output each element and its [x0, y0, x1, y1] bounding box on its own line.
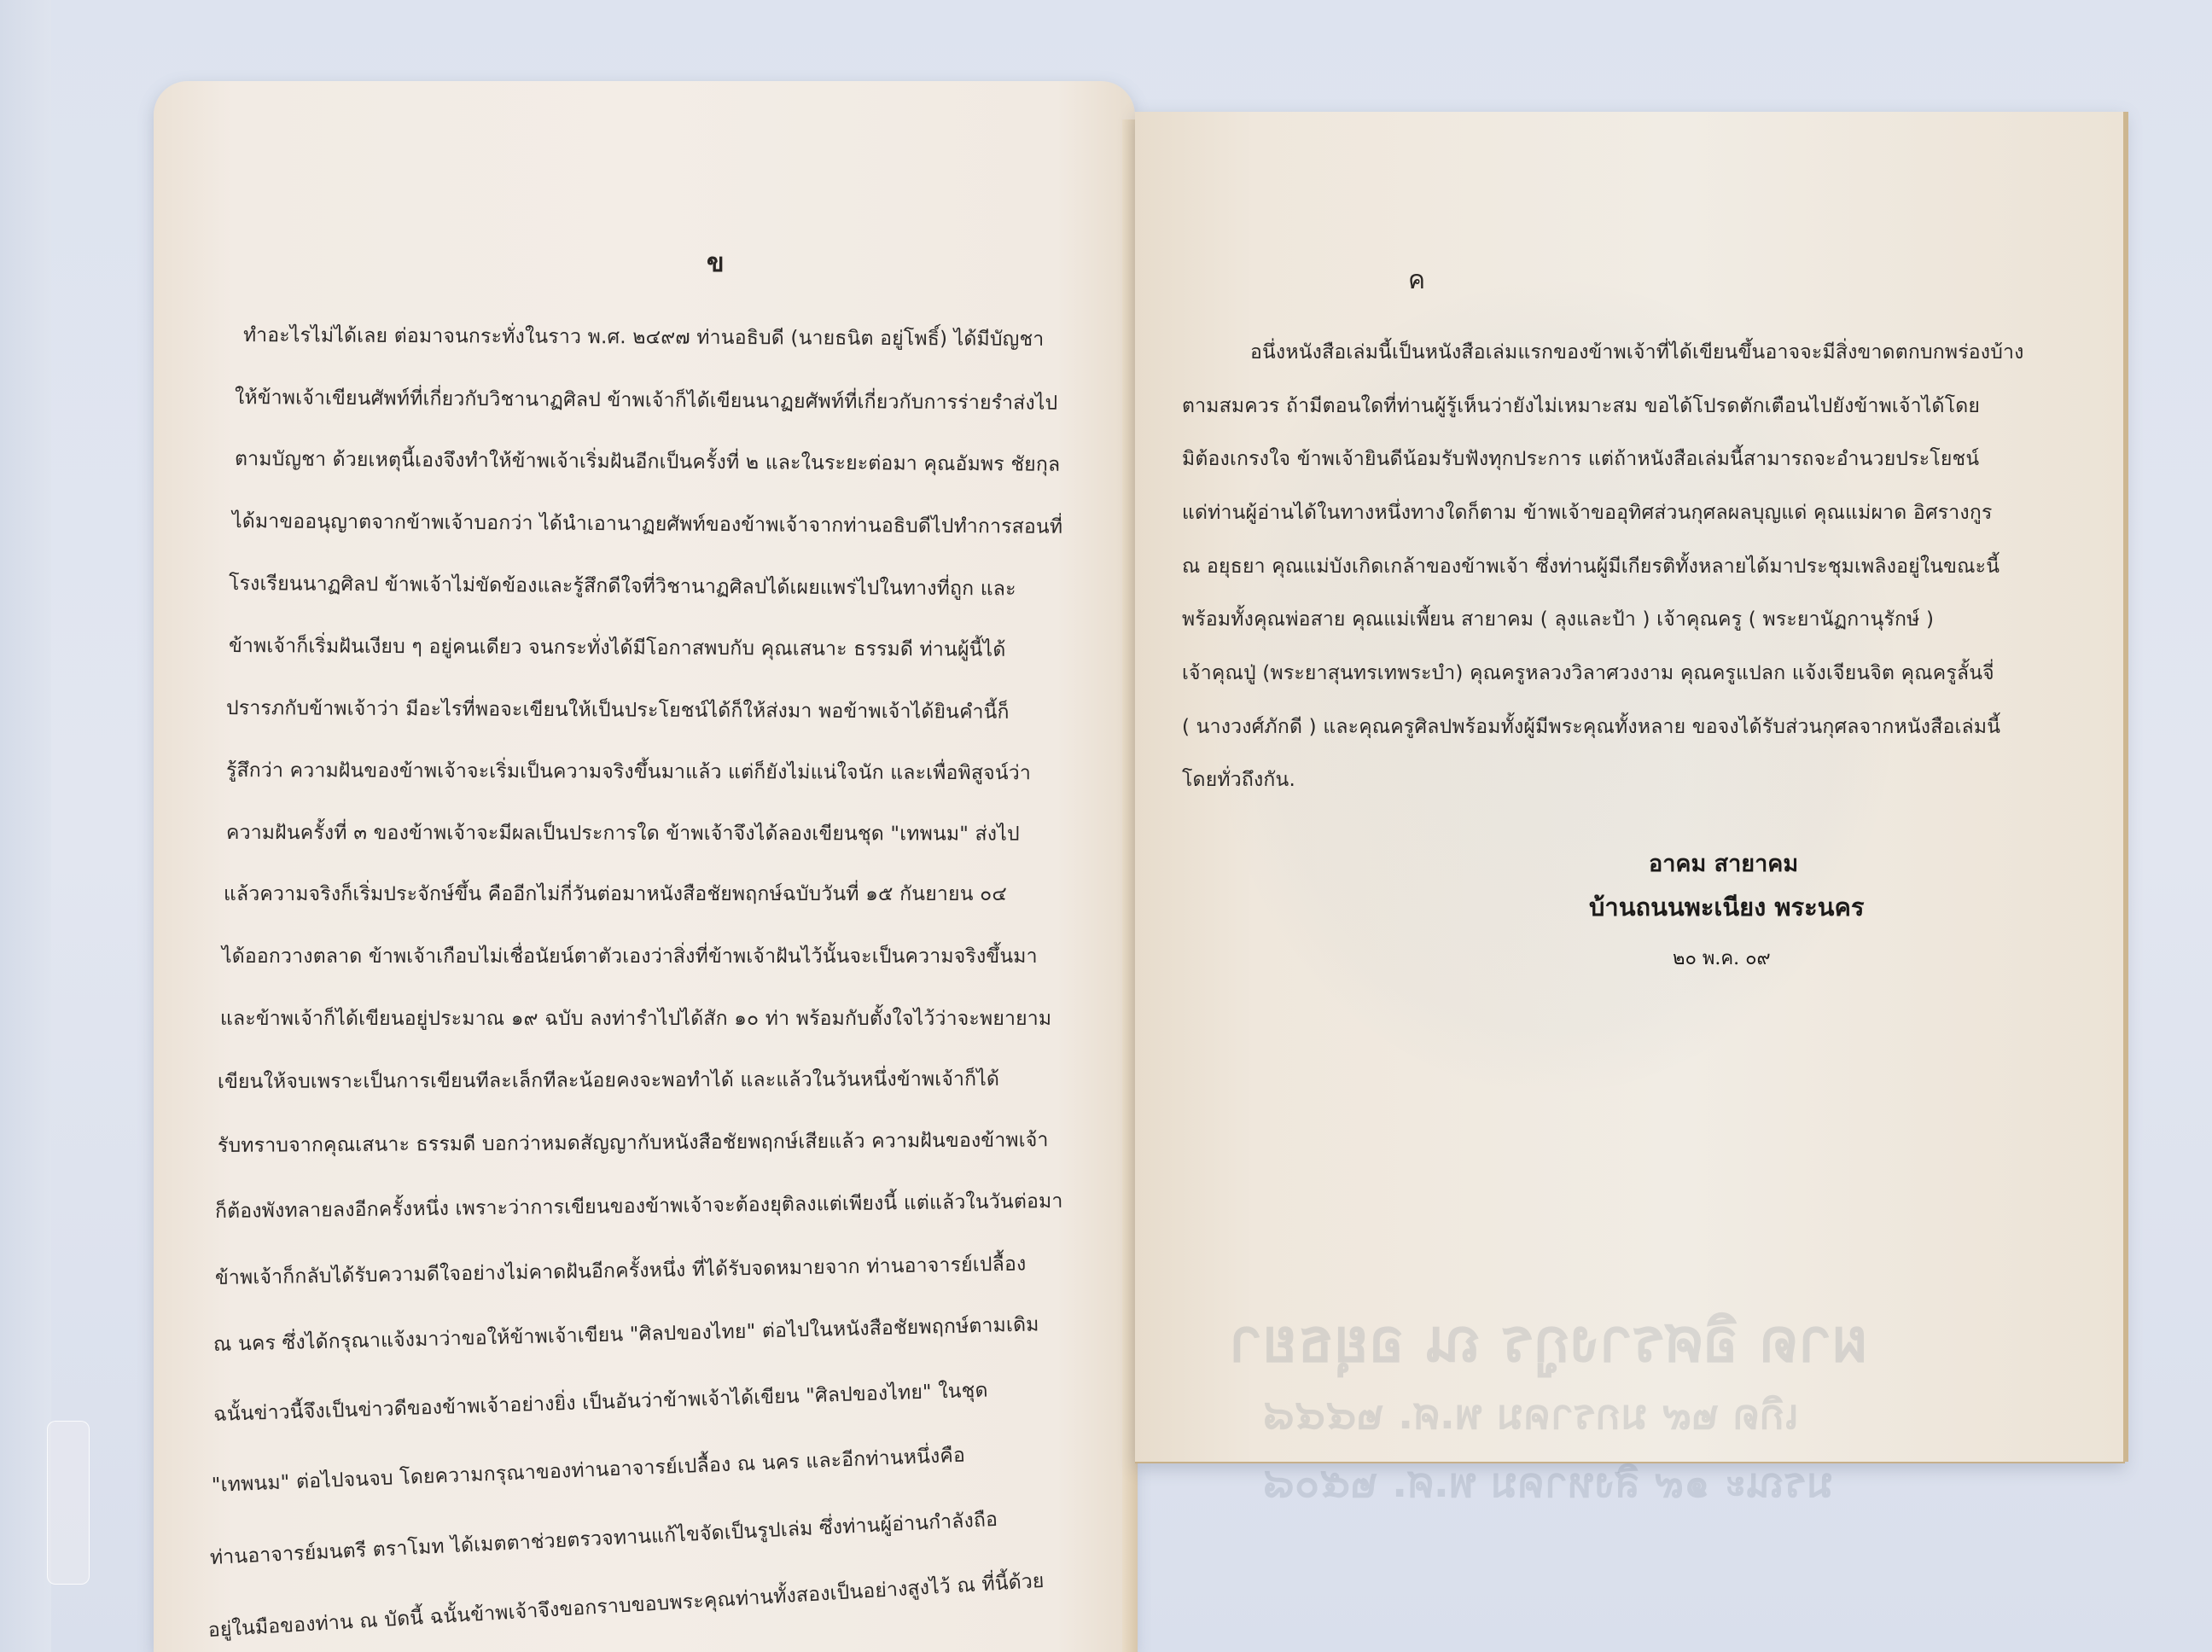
text-line: ทำอะไรไม่ได้เลย ต่อมาจนกระทั่งในราว พ.ศ.… [243, 320, 1045, 355]
text-line: รู้สึกว่า ความฝันของข้าพเจ้าจะเริ่มเป็นค… [226, 755, 1031, 788]
bleed-through-line: มรณะ ๑๙ สิงหาคม พ.ศ. ๒๕๐๘ [1263, 1451, 1833, 1515]
tape-strip [47, 1421, 90, 1585]
text-line: อนึ่งหนังสือเล่มนี้เป็นหนังสือเล่มแรกของ… [1250, 337, 2024, 368]
text-line: เขียนให้จบเพราะเป็นการเขียนทีละเล็กทีละน… [218, 1064, 999, 1097]
text-line: ณ อยุธยา คุณแม่บังเกิดเกล้าของข้าพเจ้า ซ… [1182, 551, 2000, 582]
text-line: โดยทั่วถึงกัน. [1182, 765, 1295, 795]
text-line: รับทราบจากคุณเสนาะ ธรรมดี บอกว่าหมดสัญญา… [218, 1125, 1049, 1161]
text-line: ปรารภกับข้าพเจ้าว่า มีอะไรที่พอจะเขียนให… [226, 693, 1010, 728]
text-line: ตามบัญชา ด้วยเหตุนี้เองจึงทำให้ข้าพเจ้าเ… [235, 444, 1061, 480]
bleed-through-line: ผาด อิศรางกูร ณ อยุธยา [1229, 1293, 1866, 1387]
background-surface [0, 0, 51, 1652]
text-line: ตามสมควร ถ้ามีตอนใดที่ท่านผู้รู้เห็นว่าย… [1182, 391, 1980, 422]
text-line: พร้อมทั้งคุณพ่อสาย คุณแม่เพี้ยน สายาคม (… [1182, 604, 1934, 635]
text-line: ให้ข้าพเจ้าเขียนศัพท์ที่เกี่ยวกับวิชานาฏ… [235, 382, 1058, 419]
text-line: ได้ออกวางตลาด ข้าพเจ้าเกือบไม่เชื่อนัยน์… [222, 941, 1038, 972]
text-line: มิต้องเกรงใจ ข้าพเจ้ายินดีน้อมรับฟังทุกป… [1182, 444, 1979, 474]
text-line: ได้มาขออนุญาตจากข้าพเจ้าบอกว่า ได้นำเอาน… [232, 506, 1062, 543]
text-line: โรงเรียนนาฏศิลป ข้าพเจ้าไม่ขัดข้องและรู้… [229, 568, 1016, 604]
author-address: บ้านถนนพะเนียง พระนคร [1589, 887, 1864, 927]
text-line: แด่ท่านผู้อ่านได้ในทางหนึ่งทางใดก็ตาม ข้… [1182, 497, 1993, 528]
page-number-right: ค [1408, 260, 1425, 300]
text-line: ข้าพเจ้าก็เริ่มฝันเงียบ ๆ อยู่คนเดียว จน… [229, 631, 1006, 666]
text-line: ความฝันครั้งที่ ๓ ของข้าพเจ้าจะมีผลเป็นป… [226, 817, 1020, 850]
text-line: เจ้าคุณปู่ (พระยาสุนทรเทพระบำ) คุณครูหลว… [1182, 658, 1994, 689]
signature-date: ๒๐ พ.ค. ๐๙ [1673, 943, 1771, 973]
text-line: และข้าพเจ้าก็ได้เขียนอยู่ประมาณ ๑๙ ฉบับ … [220, 1003, 1051, 1034]
page-number-left: ข [707, 243, 725, 283]
bleed-through-line: เกิด ๒๙ มกราคม พ.ศ. ๒๔๔๘ [1263, 1382, 1798, 1447]
text-line: ( นางวงศ์ภักดี ) และคุณครูศิลปพร้อมทั้งผ… [1182, 712, 2000, 742]
author-name: อาคม สายาคม [1649, 845, 1798, 881]
text-line: แล้วความจริงก็เริ่มประจักษ์ขึ้น คืออีกไม… [224, 879, 1007, 910]
